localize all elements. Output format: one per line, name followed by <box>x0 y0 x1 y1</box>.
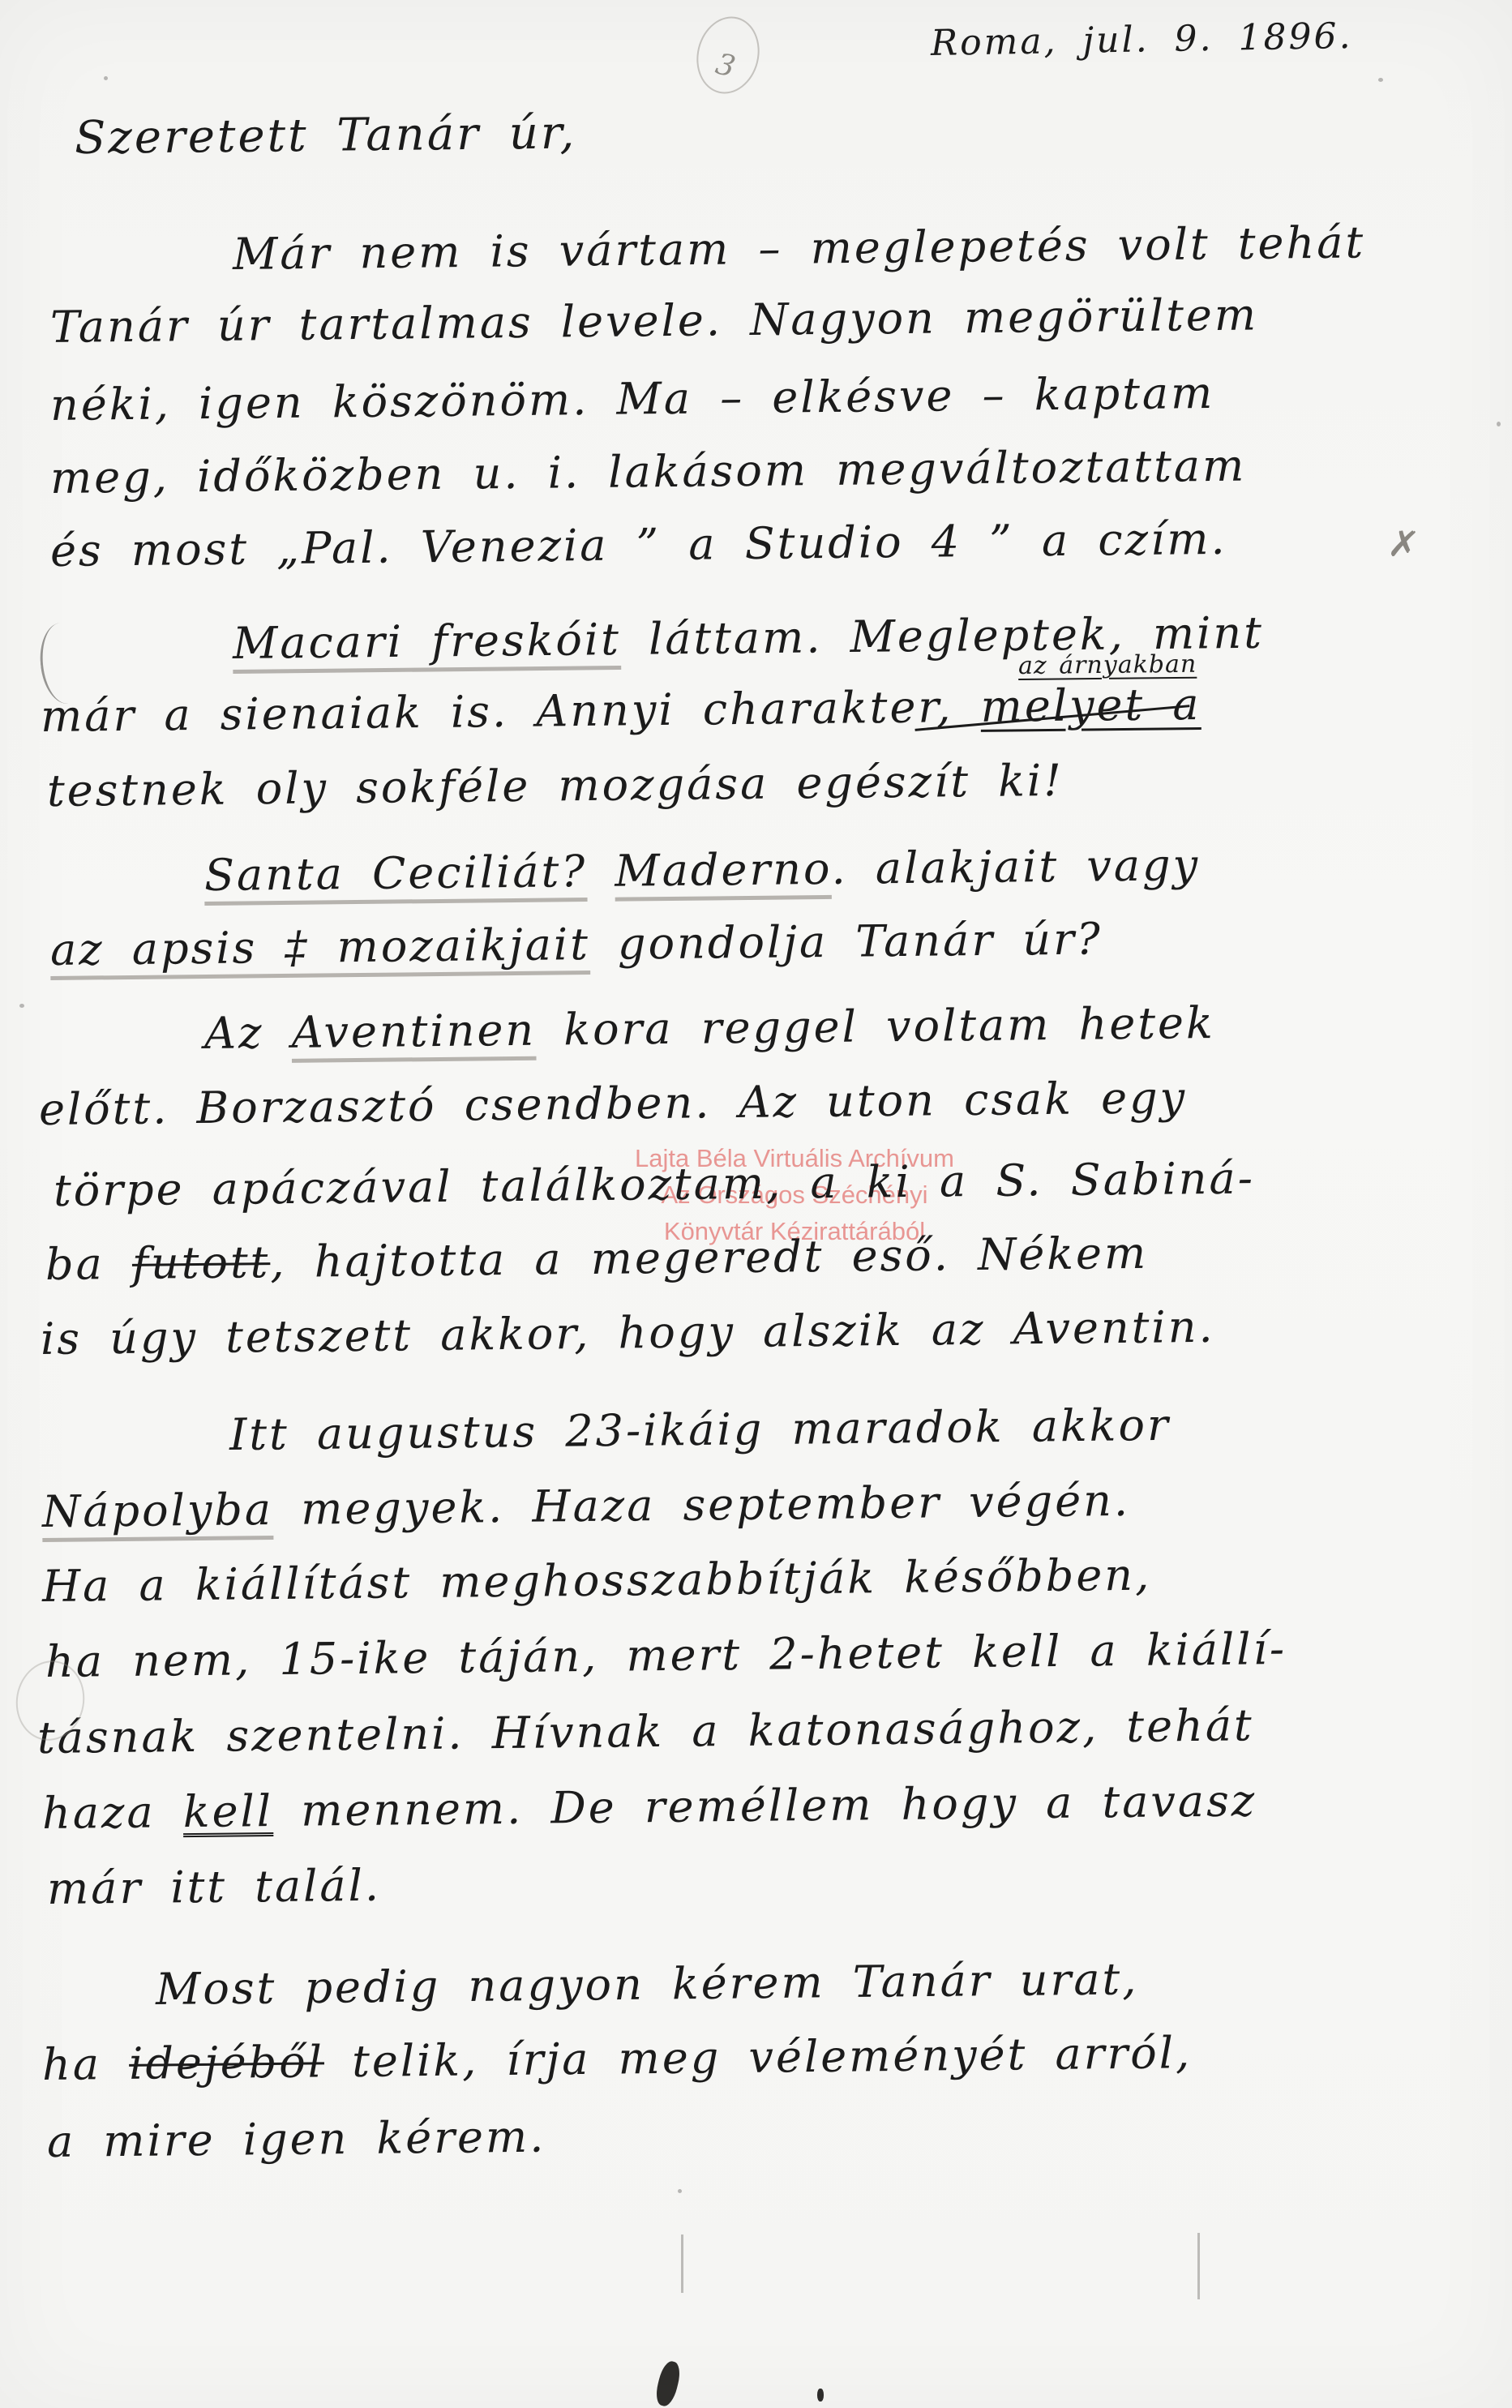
handwritten-text-segment: telik, írja meg véleményét arról, <box>324 2027 1193 2087</box>
handwritten-line: Itt augustus 23-ikáig maradok akkor <box>229 1399 1171 1460</box>
handwritten-text-segment: az apsis ‡ mozaikjait <box>50 919 590 975</box>
date-line: Roma, jul. 9. 1896. <box>931 15 1353 64</box>
pencil-x-mark: ✗ <box>1386 521 1421 568</box>
handwritten-line: ha nem, 15-ike táján, mert 2-hetet kell … <box>45 1623 1287 1687</box>
ink-blot-mark <box>653 2359 683 2408</box>
handwritten-line: ba futott, hajtotta a megeredt eső. Néke… <box>45 1228 1149 1290</box>
handwritten-line: és most „Pal. Venezia ” a Studio 4 ” a c… <box>50 513 1227 576</box>
handwritten-text-segment: kell <box>182 1785 273 1837</box>
handwritten-line: testnek oly sokféle mozgása egészít ki! <box>47 755 1064 816</box>
handwritten-text-segment: is úgy tetszett akkor, hogy alszik az Av… <box>41 1301 1215 1365</box>
handwritten-line: tásnak szentelni. Hívnak a katonasághoz,… <box>37 1699 1254 1763</box>
handwritten-line: már a sienaiak is. Annyi charakter, mely… <box>41 679 1201 742</box>
handwritten-text-segment: láttam. Megleptek, mint <box>621 607 1265 665</box>
handwritten-text-segment: tásnak szentelni. Hívnak a katonasághoz,… <box>37 1699 1254 1763</box>
handwritten-line: már itt talál. <box>47 1860 382 1914</box>
handwritten-text-segment: haza <box>42 1786 183 1839</box>
letter-page: Roma, jul. 9. 1896. 3 Szeretett Tanár úr… <box>0 0 1512 2408</box>
handwritten-text-segment: melyet a <box>980 679 1201 732</box>
handwritten-line: Már nem is vártam – meglepetés volt tehá… <box>233 216 1366 280</box>
page-number-stamp: 3 <box>689 10 768 101</box>
handwritten-line: Most pedig nagyon kérem Tanár urat, <box>156 1953 1139 2015</box>
handwritten-text-segment: a mire igen kérem. <box>47 2111 546 2167</box>
handwritten-text-segment: Most pedig nagyon kérem Tanár urat, <box>156 1953 1139 2015</box>
handwritten-text-segment: néki, igen köszönöm. Ma – elkésve – kapt… <box>50 367 1215 431</box>
handwritten-text-segment: ha nem, 15-ike táján, mert 2-hetet kell … <box>45 1623 1287 1687</box>
handwritten-line: Ha a kiállítást meghosszabbítják későbbe… <box>42 1549 1152 1612</box>
handwritten-text-segment: Aventinen <box>291 1005 536 1058</box>
handwritten-line: Tanár úr tartalmas levele. Nagyon megörü… <box>50 289 1259 353</box>
handwritten-text-segment: ha <box>42 2038 130 2090</box>
speck-mark <box>19 1004 24 1008</box>
handwritten-line: Az Aventinen kora reggel voltam hetek <box>204 997 1215 1059</box>
handwritten-text-segment: Ha a kiállítást meghosszabbítják későbbe… <box>42 1549 1152 1612</box>
ink-blot-mark <box>817 2389 824 2402</box>
handwritten-line: előtt. Borzasztó csendben. Az uton csak … <box>39 1072 1188 1135</box>
handwritten-line: néki, igen köszönöm. Ma – elkésve – kapt… <box>50 367 1215 431</box>
handwritten-line: törpe apáczával találkoztam, a ki a S. S… <box>54 1152 1256 1216</box>
handwritten-text-segment: előtt. Borzasztó csendben. Az uton csak … <box>39 1072 1188 1135</box>
handwritten-text-segment: és most „Pal. Venezia ” a Studio 4 ” a c… <box>50 513 1227 576</box>
speck-mark <box>678 2189 682 2193</box>
handwritten-text-segment: már a sienaiak is. Annyi charakter, <box>41 681 981 742</box>
speck-mark <box>104 76 108 80</box>
fold-tick-mark <box>681 2234 683 2293</box>
handwritten-text-segment: testnek oly sokféle mozgása egészít ki! <box>47 755 1064 816</box>
handwritten-text-segment: idejéből <box>129 2036 324 2089</box>
handwritten-line: Macari freskóit láttam. Megleptek, mint <box>233 607 1264 669</box>
fold-tick-mark <box>1197 2233 1200 2299</box>
handwritten-text-segment: Nápolyba <box>42 1484 274 1537</box>
handwritten-text-segment: mennem. De reméllem hogy a tavasz <box>273 1775 1257 1836</box>
handwritten-text-segment: meg, időközben u. i. lakásom megváltozta… <box>50 440 1247 503</box>
handwritten-text-segment: kora reggel voltam hetek <box>536 997 1215 1056</box>
handwritten-text-segment: Az <box>204 1007 292 1059</box>
handwritten-line: haza kell mennem. De reméllem hogy a tav… <box>42 1775 1257 1839</box>
handwritten-text-segment <box>587 846 615 897</box>
handwritten-text-segment: gondolja Tanár úr? <box>589 913 1103 970</box>
handwritten-line: is úgy tetszett akkor, hogy alszik az Av… <box>41 1301 1215 1365</box>
handwritten-text-segment: Itt augustus 23-ikáig maradok akkor <box>229 1399 1171 1460</box>
handwritten-text-segment: törpe apáczával találkoztam, a ki a S. S… <box>54 1152 1256 1216</box>
handwritten-text-segment: Már nem is vártam – meglepetés volt tehá… <box>233 216 1366 280</box>
handwritten-line: Nápolyba megyek. Haza september végén. <box>42 1475 1131 1537</box>
page-number: 3 <box>710 47 739 93</box>
speck-mark <box>1497 422 1501 426</box>
handwritten-text-segment: Macari freskóit <box>233 614 621 669</box>
handwritten-line: meg, időközben u. i. lakásom megváltozta… <box>50 440 1247 503</box>
handwritten-text-segment: . alakjait vagy <box>831 839 1200 894</box>
handwritten-text-segment: , hajtotta a megeredt eső. Nékem <box>270 1228 1148 1288</box>
handwritten-text-segment: Maderno <box>615 843 832 897</box>
salutation-line: Szeretett Tanár úr, <box>75 107 577 165</box>
handwritten-line: ha idejéből telik, írja meg véleményét a… <box>42 2027 1193 2090</box>
handwritten-text-segment: ba <box>45 1238 133 1290</box>
handwritten-text-segment: megyek. Haza september végén. <box>273 1475 1131 1535</box>
handwritten-line: az apsis ‡ mozaikjait gondolja Tanár úr? <box>50 913 1103 975</box>
handwritten-line: Santa Ceciliát? Maderno. alakjait vagy <box>204 839 1201 901</box>
speck-mark <box>1378 78 1383 82</box>
handwritten-text-segment: futott <box>132 1236 271 1289</box>
handwritten-text-segment: Tanár úr tartalmas levele. Nagyon megörü… <box>50 289 1259 353</box>
handwritten-line: a mire igen kérem. <box>47 2111 546 2167</box>
handwritten-text-segment: már itt talál. <box>47 1860 382 1914</box>
handwritten-text-segment: Santa Ceciliát? <box>204 846 588 901</box>
